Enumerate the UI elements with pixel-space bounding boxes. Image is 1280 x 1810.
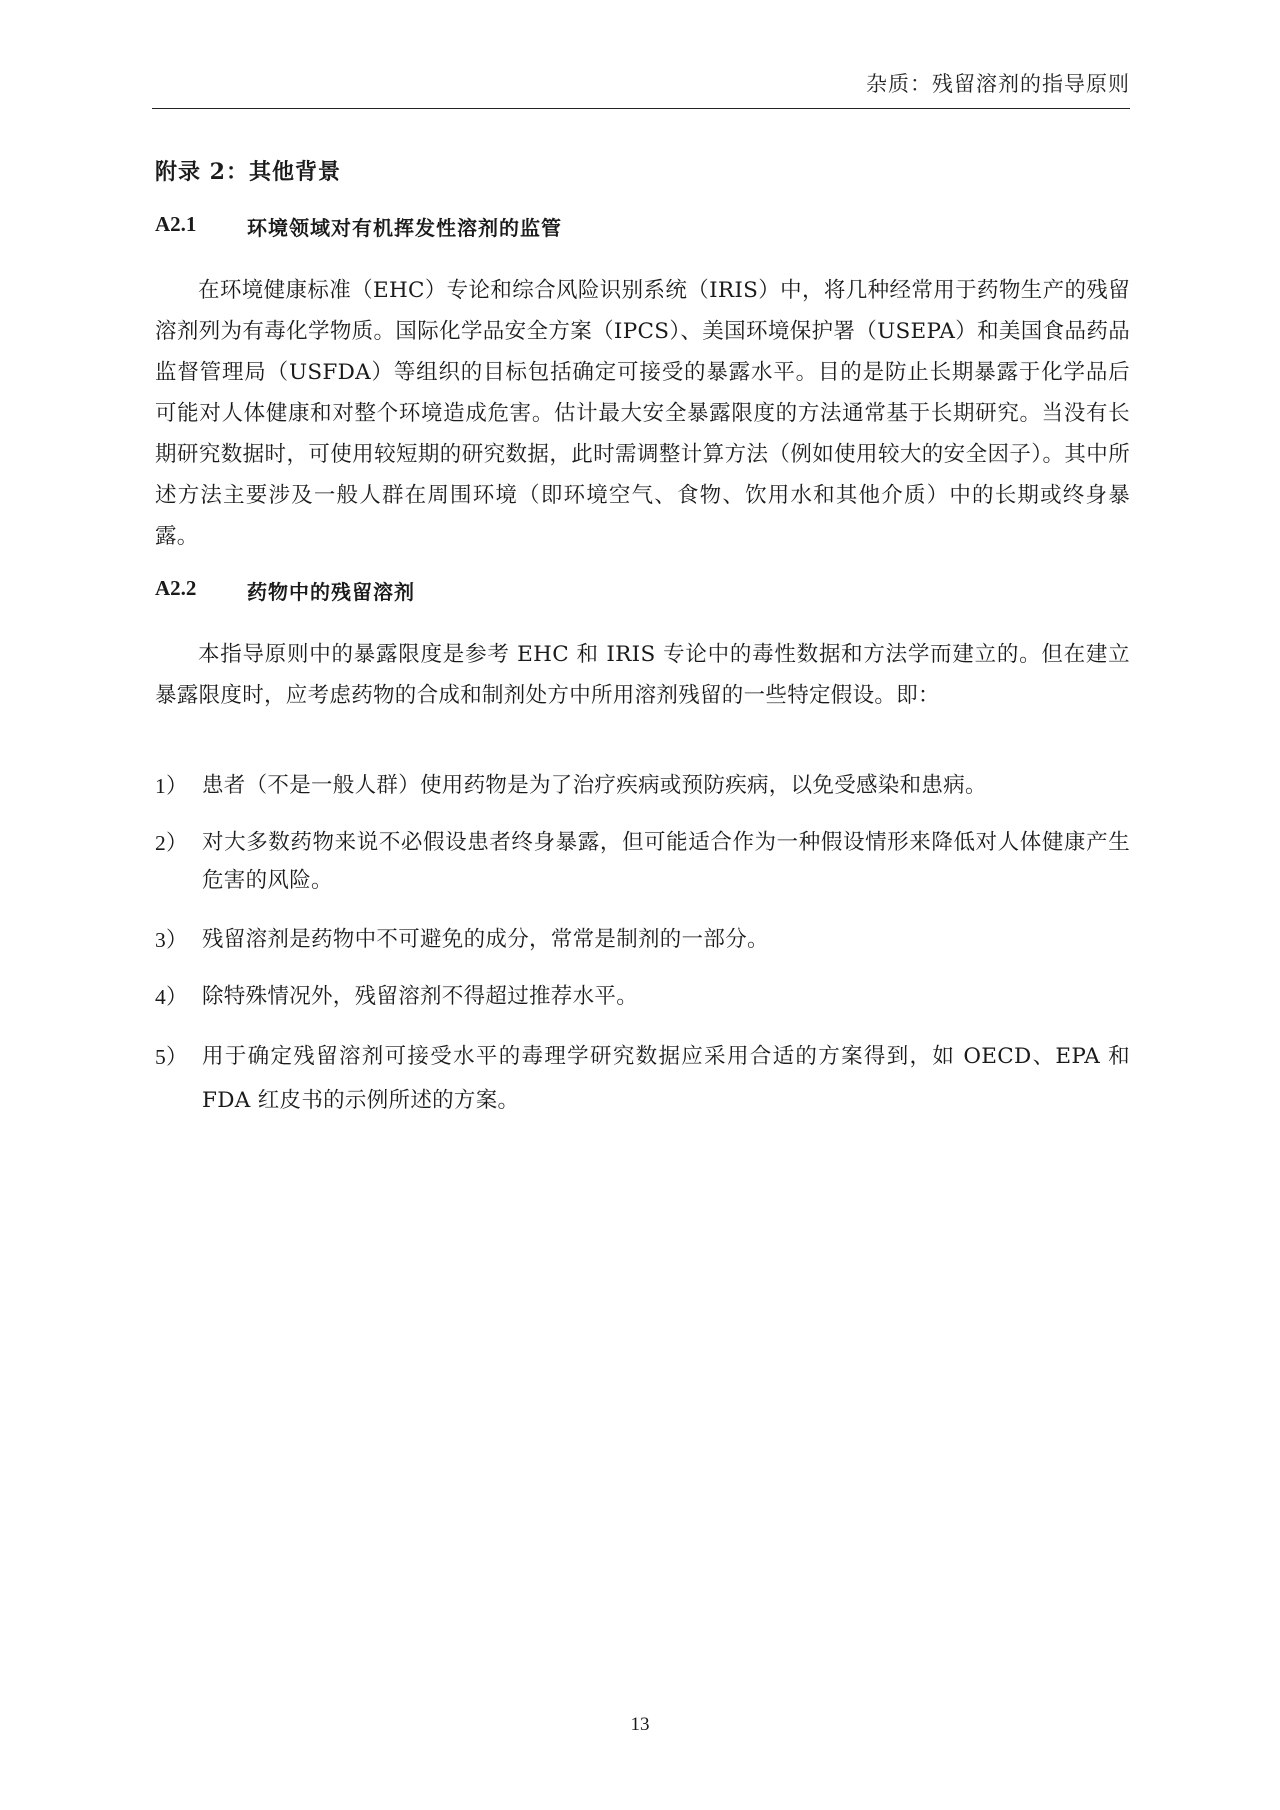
list-item: 2） 对大多数药物来说不必假设患者终身暴露，但可能适合作为一种假设情形来降低对人…	[155, 824, 1130, 900]
list-item: 3） 残留溶剂是药物中不可避免的成分，常常是制剂的一部分。	[155, 921, 1130, 959]
list-text: 残留溶剂是药物中不可避免的成分，常常是制剂的一部分。	[202, 921, 1130, 959]
header-rule	[152, 108, 1130, 109]
section-heading-a2-2: A2.2 药物中的残留溶剂	[155, 576, 415, 605]
section-a2-1-paragraph: 在环境健康标准（EHC）专论和综合风险识别系统（IRIS）中，将几种经常用于药物…	[155, 270, 1130, 557]
list-item: 5） 用于确定残留溶剂可接受水平的毒理学研究数据应采用合适的方案得到，如 OEC…	[155, 1035, 1130, 1123]
list-marker: 1）	[155, 767, 202, 805]
list-text: 对大多数药物来说不必假设患者终身暴露，但可能适合作为一种假设情形来降低对人体健康…	[202, 824, 1130, 900]
list-text: 患者（不是一般人群）使用药物是为了治疗疾病或预防疾病，以免受感染和患病。	[202, 767, 1130, 805]
list-item: 1） 患者（不是一般人群）使用药物是为了治疗疾病或预防疾病，以免受感染和患病。	[155, 767, 1130, 805]
section-number: A2.2	[155, 576, 247, 605]
list-item: 4） 除特殊情况外，残留溶剂不得超过推荐水平。	[155, 978, 1130, 1016]
running-header: 杂质：残留溶剂的指导原则	[152, 68, 1130, 98]
list-marker: 5）	[155, 1035, 202, 1123]
appendix-title: 附录 2：其他背景	[155, 155, 341, 186]
section-heading-a2-1: A2.1 环境领域对有机挥发性溶剂的监管	[155, 212, 562, 241]
document-page: 杂质：残留溶剂的指导原则 附录 2：其他背景 A2.1 环境领域对有机挥发性溶剂…	[0, 0, 1280, 1810]
list-marker: 4）	[155, 978, 202, 1016]
page-number: 13	[0, 1714, 1280, 1736]
list-text: 除特殊情况外，残留溶剂不得超过推荐水平。	[202, 978, 1130, 1016]
section-title: 药物中的残留溶剂	[247, 576, 415, 605]
section-a2-2-paragraph: 本指导原则中的暴露限度是参考 EHC 和 IRIS 专论中的毒性数据和方法学而建…	[155, 634, 1130, 716]
list-marker: 2）	[155, 824, 202, 900]
section-title: 环境领域对有机挥发性溶剂的监管	[247, 212, 562, 241]
list-marker: 3）	[155, 921, 202, 959]
list-text: 用于确定残留溶剂可接受水平的毒理学研究数据应采用合适的方案得到，如 OECD、E…	[202, 1035, 1130, 1123]
section-number: A2.1	[155, 212, 247, 241]
